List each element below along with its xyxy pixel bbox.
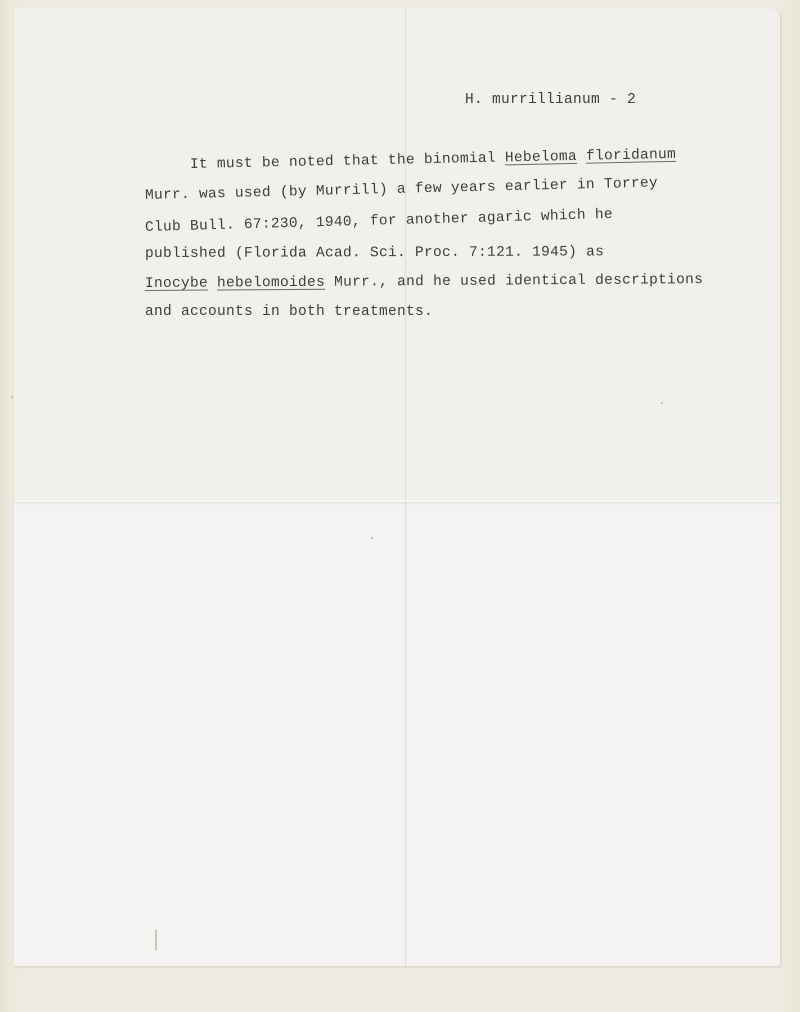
horizontal-fold-crease	[14, 500, 780, 505]
text-segment: published (Florida Acad. Sci. Proc. 7:12…	[145, 244, 604, 262]
paragraph-line: and accounts in both treatments.	[145, 304, 433, 320]
crease-mark	[155, 930, 157, 950]
taxon-name: hebelomoides	[217, 275, 325, 292]
text-segment: and accounts in both treatments.	[145, 304, 433, 320]
taxon-name: Inocybe	[145, 276, 208, 292]
paper-speck	[371, 537, 373, 539]
taxon-name: Hebeloma	[505, 149, 577, 167]
paper-speck	[11, 396, 13, 398]
text-segment	[577, 149, 586, 165]
text-segment: Murr., and he used identical description…	[325, 272, 703, 291]
lower-fold-panel	[14, 503, 780, 966]
page-header: H. murrillianum - 2	[465, 92, 636, 108]
paper-speck	[661, 402, 663, 404]
paragraph-line: published (Florida Acad. Sci. Proc. 7:12…	[145, 244, 604, 262]
taxon-name: floridanum	[586, 147, 676, 165]
text-segment	[208, 275, 217, 291]
